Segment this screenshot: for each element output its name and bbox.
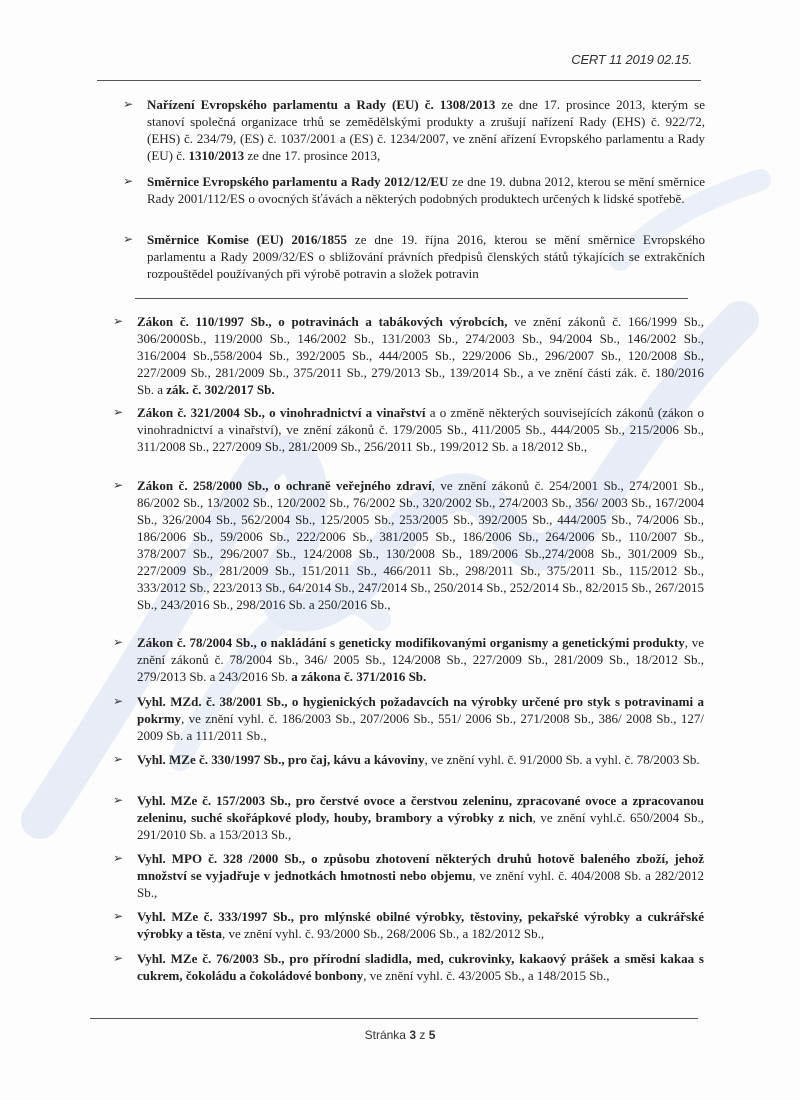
arrow-bullet-icon: ➢ [123, 231, 133, 248]
arrow-bullet-icon: ➢ [113, 634, 123, 651]
arrow-bullet-icon: ➢ [113, 313, 123, 330]
list-item: ➢ Směrnice Komise (EU) 2016/1855 ze dne … [147, 231, 705, 282]
list-item: ➢ Vyhl. MZd. č. 38/2001 Sb., o hygienick… [137, 693, 704, 744]
section-divider [135, 298, 688, 299]
list-item: ➢ Zákon č. 110/1997 Sb., o potravinách a… [137, 313, 704, 398]
list-item: ➢ Zákon č. 321/2004 Sb., o vinohradnictv… [137, 404, 704, 455]
arrow-bullet-icon: ➢ [113, 477, 123, 494]
arrow-bullet-icon: ➢ [113, 693, 123, 710]
arrow-bullet-icon: ➢ [113, 792, 123, 809]
arrow-bullet-icon: ➢ [113, 950, 123, 967]
arrow-bullet-icon: ➢ [113, 751, 123, 768]
list-item: ➢ Vyhl. MZe č. 333/1997 Sb., pro mlýnské… [137, 908, 704, 942]
footer-divider [90, 1018, 698, 1019]
list-item: ➢ Vyhl. MZe č. 157/2003 Sb., pro čerstvé… [137, 792, 704, 843]
arrow-bullet-icon: ➢ [123, 96, 133, 113]
arrow-bullet-icon: ➢ [113, 850, 123, 867]
arrow-bullet-icon: ➢ [113, 404, 123, 421]
list-item: ➢ Zákon č. 78/2004 Sb., o nakládání s ge… [137, 634, 704, 685]
list-item: ➢ Vyhl. MZe č. 76/2003 Sb., pro přírodní… [137, 950, 704, 984]
page-number: Stránka 3 z 5 [0, 1028, 800, 1042]
list-item: ➢ Zákon č. 258/2000 Sb., o ochraně veřej… [137, 477, 704, 613]
list-item: ➢ Směrnice Evropského parlamentu a Rady … [147, 173, 705, 207]
list-item: ➢ Nařízení Evropského parlamentu a Rady … [147, 96, 705, 164]
document-code: CERT 11 2019 02.15. [571, 52, 692, 67]
header-divider [97, 80, 701, 81]
list-item: ➢ Vyhl. MZe č. 330/1997 Sb., pro čaj, ká… [137, 751, 704, 768]
arrow-bullet-icon: ➢ [123, 173, 133, 190]
arrow-bullet-icon: ➢ [113, 908, 123, 925]
list-item: ➢ Vyhl. MPO č. 328 /2000 Sb., o způsobu … [137, 850, 704, 901]
